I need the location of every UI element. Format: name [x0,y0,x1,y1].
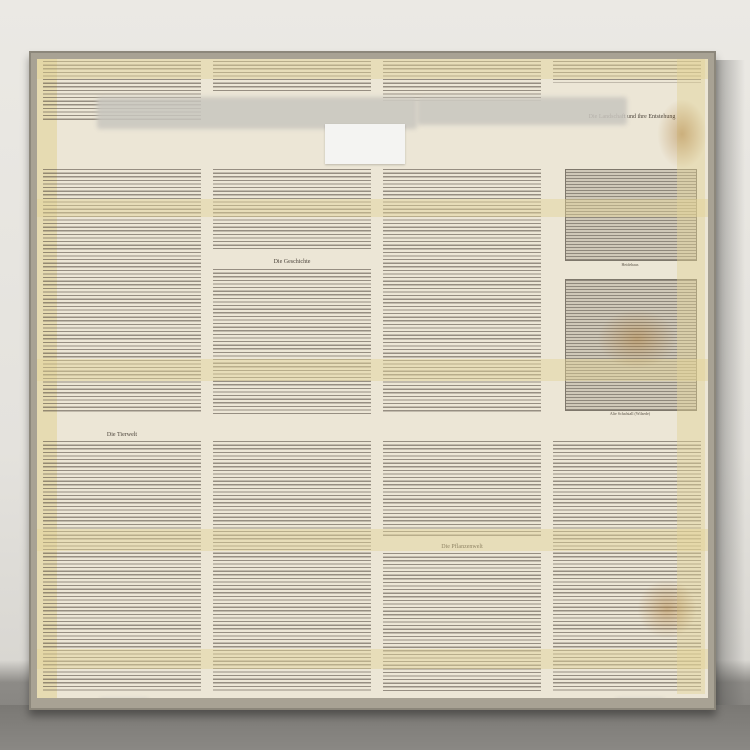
picture-frame: Die Landschaft und ihre Entstehung Die G… [29,51,716,710]
heading-fauna: Die Tierwelt [37,431,207,439]
aged-document: Die Landschaft und ihre Entstehung Die G… [37,59,708,698]
heading-history: Die Geschichte [207,258,377,266]
caption: Heidehaus [565,262,695,267]
blurred-label [417,97,627,125]
text-column [377,441,547,536]
tape-strip [37,59,708,79]
water-stain [597,309,677,369]
tape-strip [37,649,708,669]
white-paper-note [325,124,405,164]
text-column [207,269,377,414]
water-stain [637,579,697,639]
text-column [377,553,547,691]
tape-strip [37,199,708,217]
tape-strip [37,529,708,551]
water-stain [657,99,707,169]
tape-strip [37,359,708,381]
caption: Alte Schafstall (Wilsede) [565,411,695,416]
floor [0,705,750,750]
